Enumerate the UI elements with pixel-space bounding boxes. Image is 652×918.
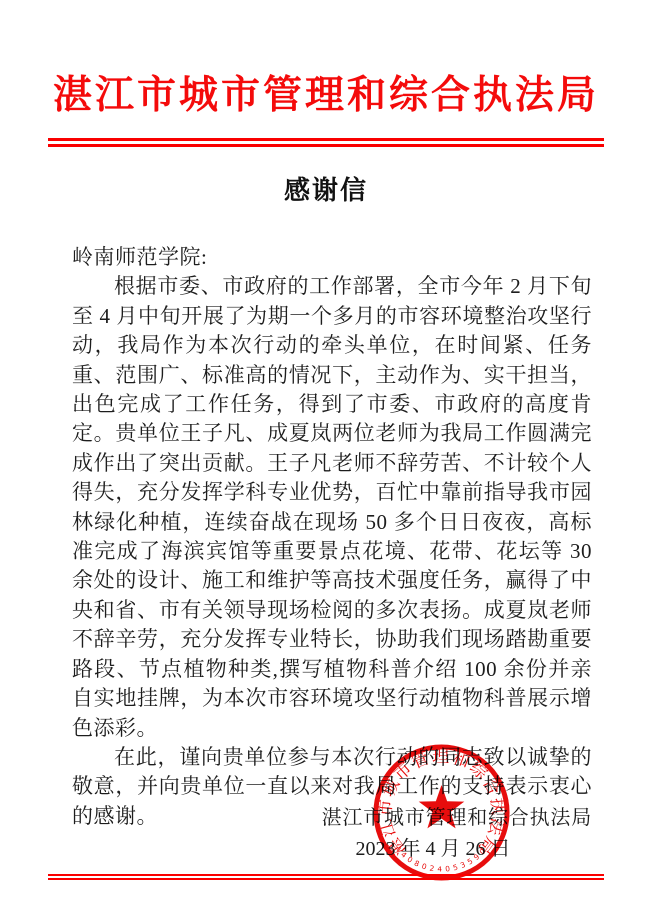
salutation: 岭南师范学院: — [72, 243, 592, 272]
footer-divider-line — [48, 874, 604, 880]
signature-date: 2023 年 4 月 26 日 — [350, 832, 516, 861]
signature-org-name: 湛江市城市管理和综合执法局 — [322, 801, 592, 830]
letterhead-divider-line — [48, 138, 604, 147]
letter-page: 湛江市城市管理和综合执法局 感谢信 岭南师范学院: 根据市委、市政府的工作部署，… — [0, 0, 652, 918]
letterhead-org-name: 湛江市城市管理和综合执法局 — [0, 76, 652, 115]
letter-body: 岭南师范学院: 根据市委、市政府的工作部署，全市今年 2 月下旬至 4 月中旬开… — [72, 243, 592, 831]
letter-title: 感谢信 — [0, 177, 652, 206]
body-paragraph-1: 根据市委、市政府的工作部署，全市今年 2 月下旬至 4 月中旬开展了为期一个多月… — [72, 272, 592, 743]
